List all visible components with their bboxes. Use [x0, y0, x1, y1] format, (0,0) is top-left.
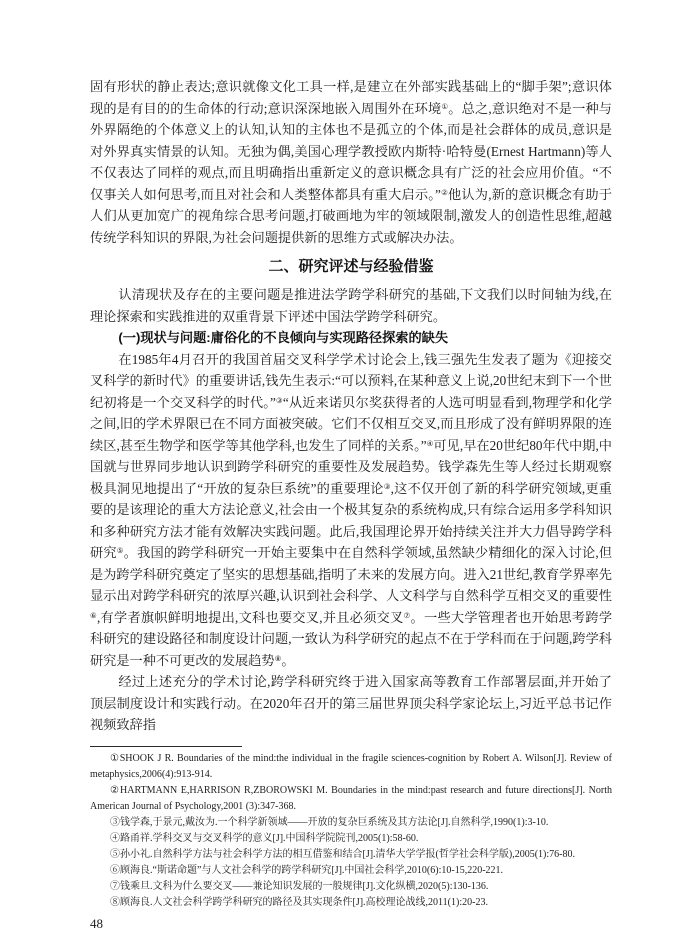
- footnote-text: 钱乘旦.文科为什么要交叉——兼论知识发展的一般规律[J].文化纵横,2020(5…: [120, 881, 488, 892]
- footnote-text: 钱学森,于景元,戴汝为.一个科学新领域——开放的复杂巨系统及其方法论[J].自然…: [120, 817, 548, 828]
- footnote-ref: ③: [384, 482, 391, 491]
- footnote-ref: ①: [441, 102, 448, 111]
- footnote-item: ⑦钱乘旦.文科为什么要交叉——兼论知识发展的一般规律[J].文化纵横,2020(…: [90, 879, 612, 895]
- page-number: 48: [90, 916, 612, 932]
- section-heading: 二、研究评述与经验借鉴: [90, 254, 612, 280]
- footnote-marker: ⑧: [110, 897, 120, 908]
- page-content: 固有形状的静止表达;意识就像文化工具一样,是建立在外部实践基础上的“脚手架”;意…: [0, 0, 700, 932]
- body-paragraph-history: 在1985年4月召开的我国首届交叉科学学术讨论会上,钱三强先生发表了题为《迎接交…: [90, 349, 612, 672]
- footnote-item: ④路甬祥.学科交叉与交叉科学的意义[J].中国科学院院刊,2005(1):58-…: [90, 831, 612, 847]
- footnote-text: HARTMANN E,HARRISON R,ZBOROWSKI M. Bound…: [90, 785, 612, 812]
- footnote-marker: ④: [110, 833, 120, 844]
- footnote-ref: ③: [276, 396, 283, 405]
- footnote-marker: ⑦: [110, 881, 120, 892]
- footnotes-block: ①SHOOK J R. Boundaries of the mind:the i…: [90, 751, 612, 911]
- body-paragraph-continued: 固有形状的静止表达;意识就像文化工具一样,是建立在外部实践基础上的“脚手架”;意…: [90, 76, 612, 248]
- footnote-marker: ②: [110, 785, 120, 796]
- footnote-item: ①SHOOK J R. Boundaries of the mind:the i…: [90, 751, 612, 783]
- footnote-item: ⑧顾海良.人文社会科学跨学科研究的路径及其实现条件[J].高校理论战线,2011…: [90, 895, 612, 911]
- footnote-item: ⑥顾海良.“斯诺命题”与人文社会科学的跨学科研究[J].中国社会科学,2010(…: [90, 863, 612, 879]
- footnote-ref: ⑧: [275, 654, 282, 663]
- footnote-ref: ⑦: [404, 611, 411, 620]
- footnote-text: 顾海良.“斯诺命题”与人文社会科学的跨学科研究[J].中国社会科学,2010(6…: [120, 865, 503, 876]
- footnote-ref: ②: [441, 188, 448, 197]
- footnote-text: 孙小礼.自然科学方法与社会科学方法的相互借鉴和结合[J].清华大学学报(哲学社会…: [120, 849, 575, 860]
- footnote-text: 路甬祥.学科交叉与交叉科学的意义[J].中国科学院院刊,2005(1):58-6…: [120, 833, 418, 844]
- footnote-text: 顾海良.人文社会科学跨学科研究的路径及其实现条件[J].高校理论战线,2011(…: [120, 897, 488, 908]
- footnote-marker: ⑤: [110, 849, 120, 860]
- footnote-text: SHOOK J R. Boundaries of the mind:the in…: [90, 753, 612, 780]
- body-paragraph-policy: 经过上述充分的学术讨论,跨学科研究终于进入国家高等教育工作部署层面,并开始了顶层…: [90, 671, 612, 736]
- footnote-marker: ③: [110, 817, 120, 828]
- footnote-marker: ⑥: [110, 865, 120, 876]
- document-page: 固有形状的静止表达;意识就像文化工具一样,是建立在外部实践基础上的“脚手架”;意…: [0, 0, 700, 943]
- body-paragraph-overview: 认清现状及存在的主要问题是推进法学跨学科研究的基础,下文我们以时间轴为线,在理论…: [90, 284, 612, 327]
- footnote-marker: ①: [110, 753, 120, 764]
- footnote-ref: ⑥: [90, 611, 97, 620]
- footnote-ref: ④: [427, 439, 434, 448]
- footnote-item: ⑤孙小礼.自然科学方法与社会科学方法的相互借鉴和结合[J].清华大学学报(哲学社…: [90, 847, 612, 863]
- footnote-item: ②HARTMANN E,HARRISON R,ZBOROWSKI M. Boun…: [90, 783, 612, 815]
- footnote-divider: [90, 746, 242, 747]
- footnote-ref: ⑤: [117, 546, 124, 555]
- subsection-heading: (一)现状与问题:庸俗化的不良倾向与实现路径探索的缺失: [90, 327, 612, 349]
- footnote-item: ③钱学森,于景元,戴汝为.一个科学新领域——开放的复杂巨系统及其方法论[J].自…: [90, 815, 612, 831]
